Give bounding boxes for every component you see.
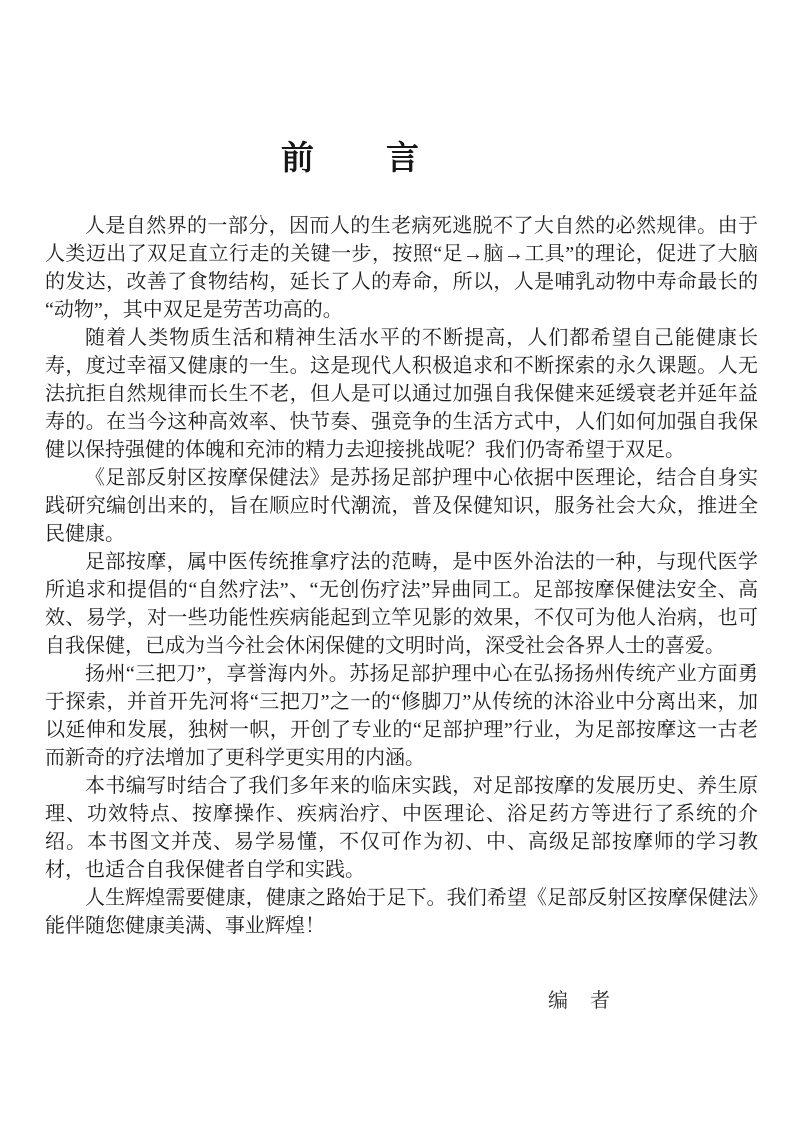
paragraph-1: 人是自然界的一部分，因而人的生老病死逃脱不了大自然的必然规律。由于人类迈出了双足…: [45, 212, 758, 324]
paragraph-2: 随着人类物质生活和精神生活水平的不断提高，人们都希望自己能健康长寿，度过幸福又健…: [45, 324, 758, 464]
paragraph-6: 本书编写时结合了我们多年来的临床实践，对足部按摩的发展历史、养生原理、功效特点、…: [45, 772, 758, 884]
page-title: 前 言: [0, 132, 702, 179]
paragraph-4: 足部按摩，属中医传统推拿疗法的范畴，是中医外治法的一种，与现代医学所追求和提倡的…: [45, 548, 758, 660]
editor-signature: 编 者: [548, 984, 611, 1013]
preface-body: 人是自然界的一部分，因而人的生老病死逃脱不了大自然的必然规律。由于人类迈出了双足…: [45, 212, 758, 940]
book-page: 前 言 人是自然界的一部分，因而人的生老病死逃脱不了大自然的必然规律。由于人类迈…: [0, 0, 801, 1122]
paragraph-7: 人生辉煌需要健康，健康之路始于足下。我们希望《足部反射区按摩保健法》能伴随您健康…: [45, 884, 758, 940]
paragraph-5: 扬州“三把刀”，享誉海内外。苏扬足部护理中心在弘扬扬州传统产业方面勇于探索，并首…: [45, 660, 758, 772]
paragraph-3: 《足部反射区按摩保健法》是苏扬足部护理中心依据中医理论，结合自身实践研究编创出来…: [45, 464, 758, 548]
